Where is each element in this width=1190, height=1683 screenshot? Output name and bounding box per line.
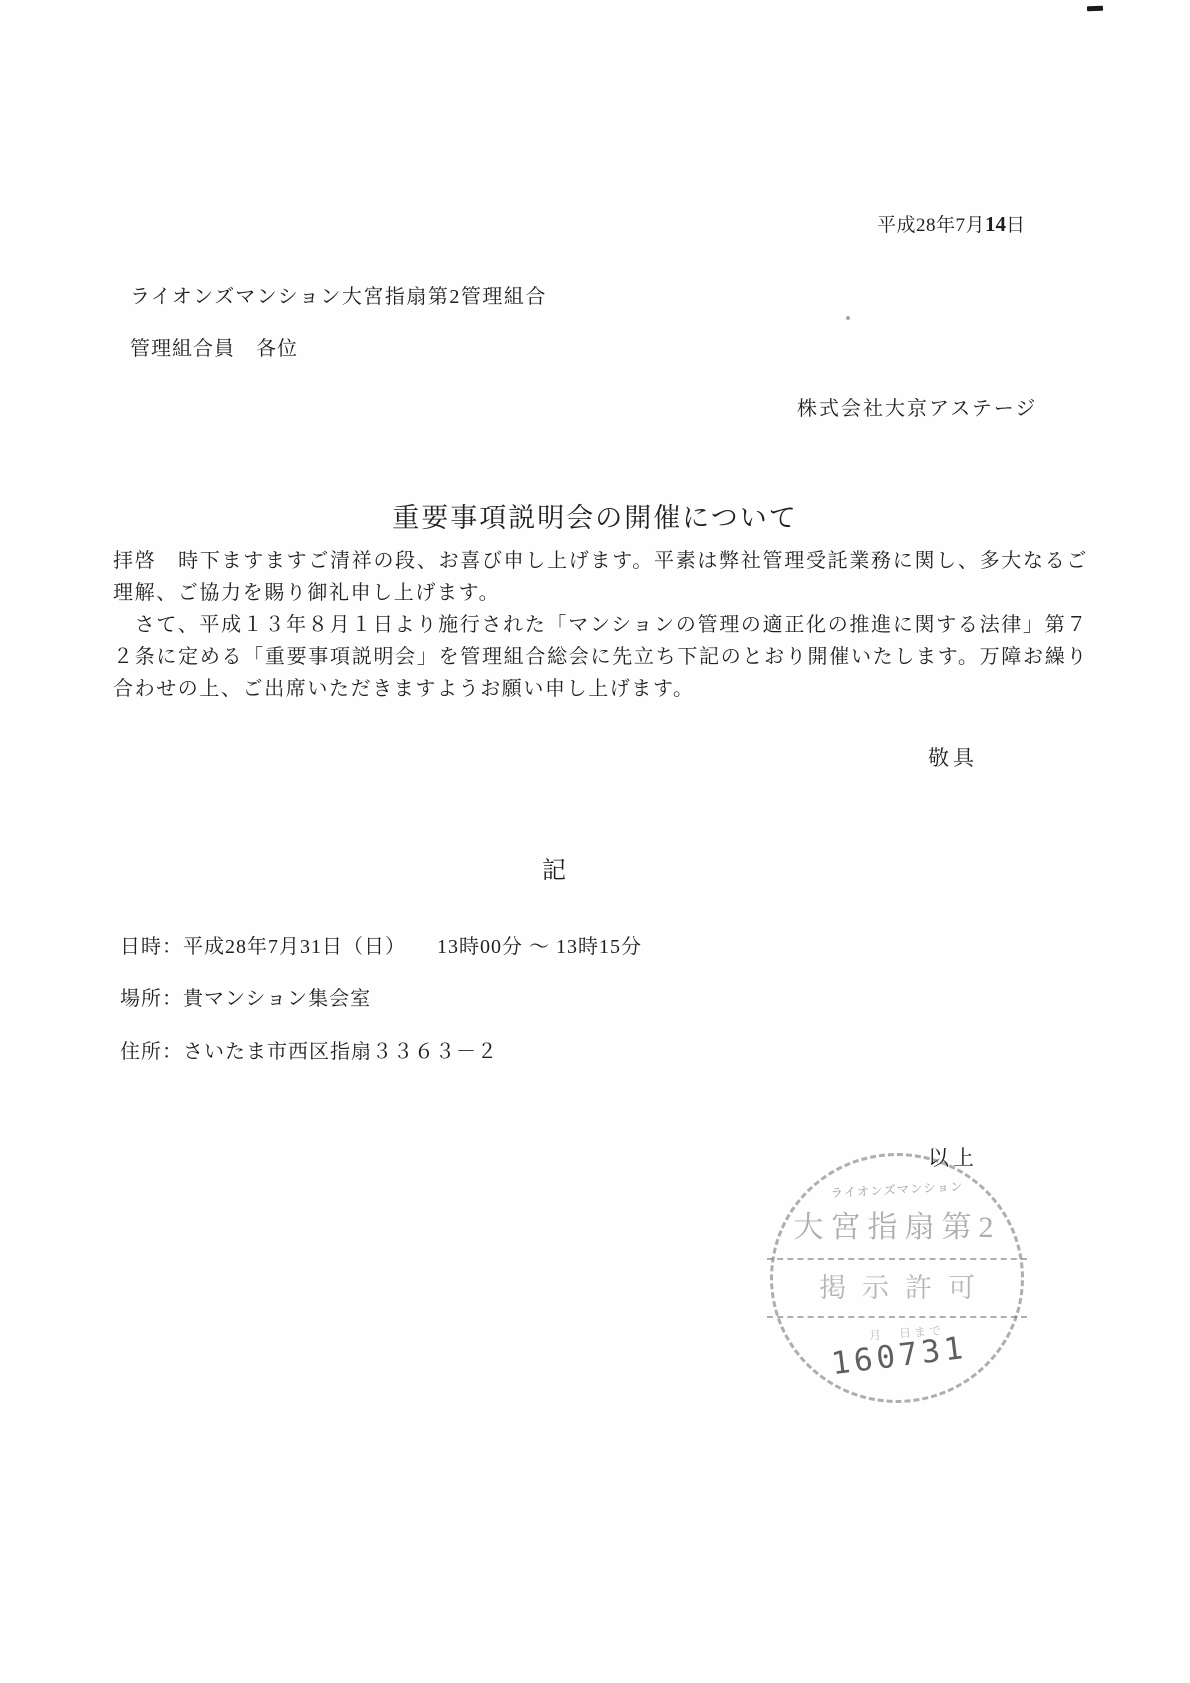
document-title: 重要事項説明会の開催について [0,496,1190,535]
stamp-divider-bottom [767,1316,1027,1318]
stamp-date-number: 160731 [829,1330,968,1382]
issue-date-day: 14 [985,212,1006,236]
issue-date: 平成28年7月14日 [877,210,1026,237]
detail-place: 場所：貴マンション集会室 [120,982,371,1011]
detail-time-range: 13時00分 ～ 13時15分 [437,930,642,959]
stamp-arc-text: ライオンズマンション [773,1174,1022,1205]
stamp-permit-text: 掲示許可 [773,1266,1021,1305]
recipient-organization: ライオンズマンション大宮指扇第2管理組合 [130,280,547,309]
letter-body: 拝啓 時下ますますご清祥の段、お喜び申し上げます。平素は弊社管理受託業務に関し、… [113,545,1088,705]
issue-date-prefix: 平成28年7月 [877,215,985,236]
scanned-letter-page: 平成28年7月14日 ライオンズマンション大宮指扇第2管理組合 管理組合員 各位… [0,0,1190,1683]
sender-company: 株式会社大京アステージ [797,392,1037,421]
issue-date-suffix: 日 [1006,215,1026,236]
record-heading: 記 [0,850,1110,885]
approval-stamp: ライオンズマンション 大宮指扇第2 掲示許可 月 日まで 160731 [770,1153,1024,1403]
scan-artifact-dash [1087,6,1103,12]
detail-address: 住所：さいたま市西区指扇３３６３－２ [120,1035,498,1064]
closing-word: 敬具 [928,742,978,772]
stamp-building-name: 大宮指扇第2 [773,1202,1021,1246]
stamp-divider-top [767,1258,1027,1260]
detail-datetime: 日時：平成28年7月31日（日） [120,930,406,959]
recipient-members: 管理組合員 各位 [130,332,298,361]
scan-artifact-speck [846,316,850,320]
body-paragraph-2: さて、平成１３年８月１日より施行された「マンションの管理の適正化の推進に関する法… [113,609,1088,705]
body-paragraph-1: 拝啓 時下ますますご清祥の段、お喜び申し上げます。平素は弊社管理受託業務に関し、… [113,545,1088,609]
